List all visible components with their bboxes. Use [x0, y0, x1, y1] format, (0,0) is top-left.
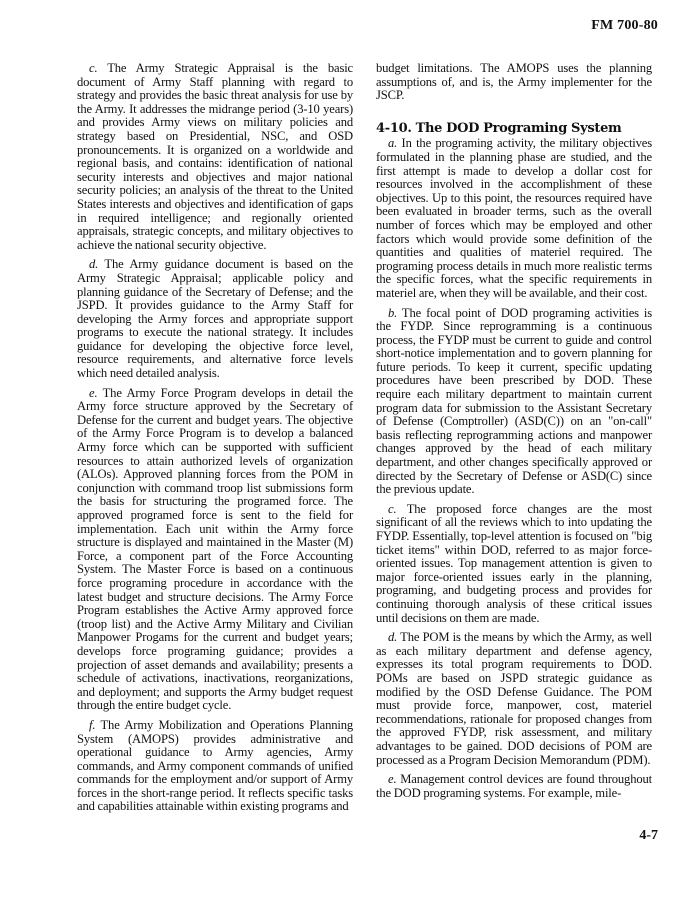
paragraph-d-pom: d. The POM is the means by which the Arm… [376, 631, 652, 767]
paragraph-text: The proposed force changes are the most … [376, 502, 652, 625]
paragraph-a-programing-activity: a. In the programing activity, the milit… [376, 137, 652, 300]
page-number: 4-7 [639, 828, 658, 844]
paragraph-text: The Army Strategic Appraisal is the basi… [77, 61, 353, 252]
section-heading: 4-10. The DOD Programing System [376, 122, 652, 136]
right-column: budget limitations. The AMOPS uses the p… [376, 62, 652, 806]
paragraph-letter: b. [388, 306, 397, 320]
paragraph-e-army-force-program: e. The Army Force Program develops in de… [77, 387, 353, 713]
paragraph-text: The Army guidance document is based on t… [77, 257, 353, 380]
continuation-paragraph: budget limitations. The AMOPS uses the p… [376, 62, 652, 103]
paragraph-c-force-changes: c. The proposed force changes are the mo… [376, 503, 652, 625]
paragraph-text: The POM is the means by which the Army, … [376, 630, 652, 766]
paragraph-text: In the programing activity, the military… [376, 136, 652, 300]
paragraph-b-fydp: b. The focal point of DOD programing act… [376, 307, 652, 497]
paragraph-letter: d. [388, 630, 397, 644]
paragraph-text: The Army Force Program develops in detai… [77, 386, 353, 713]
left-column: c. The Army Strategic Appraisal is the b… [77, 62, 353, 820]
paragraph-c-strategic-appraisal: c. The Army Strategic Appraisal is the b… [77, 62, 353, 252]
paragraph-text: Management control devices are found thr… [376, 772, 652, 800]
paragraph-letter: a. [388, 136, 397, 150]
paragraph-text: The focal point of DOD programing activi… [376, 306, 652, 497]
paragraph-letter: d. [89, 257, 98, 271]
paragraph-f-amops: f. The Army Mobilization and Operations … [77, 719, 353, 814]
paragraph-e-management-control: e. Management control devices are found … [376, 773, 652, 800]
running-header: FM 700-80 [591, 18, 658, 34]
paragraph-text: The Army Mobilization and Operations Pla… [77, 718, 353, 814]
paragraph-d-army-guidance: d. The Army guidance document is based o… [77, 258, 353, 380]
